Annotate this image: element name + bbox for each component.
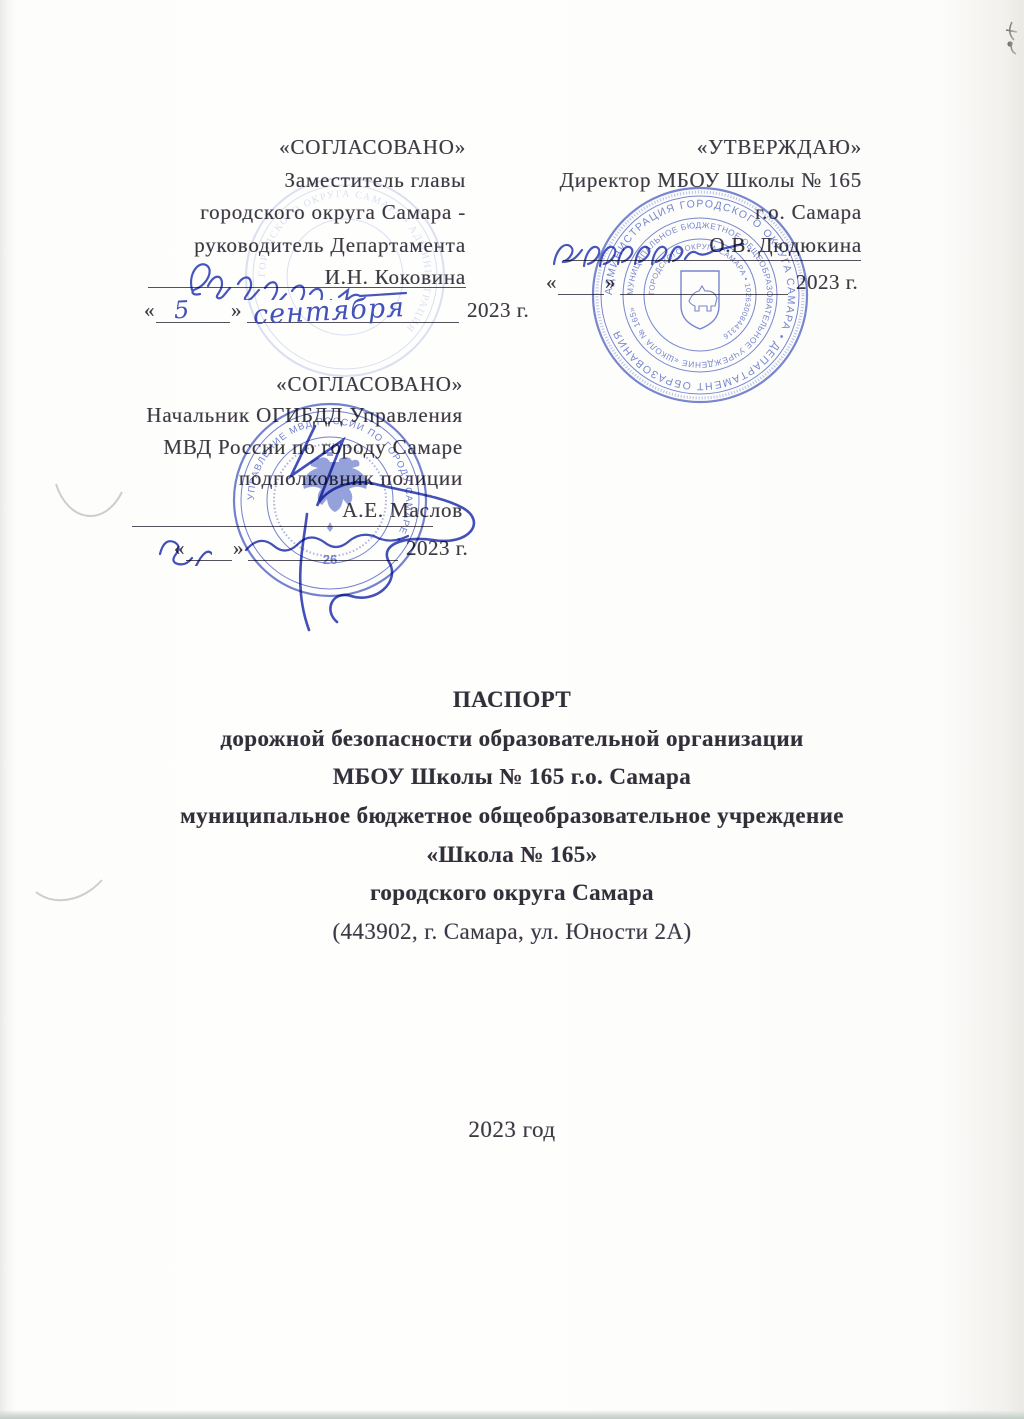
quote-open: « — [173, 536, 186, 561]
pencil-mark-1 — [50, 470, 130, 540]
gibdd-heading: «СОГЛАСОВАНО» — [142, 369, 463, 400]
gibdd-line: Начальник ОГИБДД Управления — [142, 400, 463, 431]
quote-open: « — [143, 298, 156, 323]
document-title-block: ПАСПОРТ дорожной безопасности образовате… — [0, 681, 1024, 952]
approved-right-block: «УТВЕРЖДАЮ» Директор МБОУ Школы № 165 г.… — [538, 131, 862, 261]
approved-line: Директор МБОУ Школы № 165 — [538, 164, 862, 197]
quote-close: » — [230, 298, 243, 323]
signature-underline — [132, 526, 433, 527]
agreed-left-line: руководитель Департамента — [130, 229, 466, 262]
gibdd-line: А.Е. Маслов — [142, 495, 463, 526]
day-slot — [558, 268, 604, 295]
title-line-passport: ПАСПОРТ — [0, 681, 1024, 720]
agreed-gibdd-block: «СОГЛАСОВАНО» Начальник ОГИБДД Управлени… — [142, 369, 463, 526]
title-line: «Школа № 165» — [0, 836, 1024, 875]
approved-date-row: « » 2023 г. — [545, 268, 858, 295]
quote-close: » — [232, 536, 245, 561]
approved-line: О.В. Дюдюкина — [538, 229, 862, 262]
agreed-left-date-row: « 5 » сентября 2023 г. — [143, 296, 529, 323]
signature-underline — [563, 260, 861, 261]
month-slot — [620, 268, 788, 295]
agreed-left-line: И.Н. Коковина — [130, 261, 466, 294]
month-slot: сентября — [247, 296, 459, 323]
footer-year: 2023 год — [0, 1117, 1024, 1143]
quote-open: « — [545, 270, 558, 295]
page-right-edge — [1008, 0, 1024, 1419]
scanned-document-page: «СОГЛАСОВАНО» Заместитель главы городско… — [0, 0, 1024, 1419]
year-label: 2023 г. — [406, 536, 468, 561]
title-line: городского округа Самара — [0, 874, 1024, 913]
address-line: (443902, г. Самара, ул. Юности 2А) — [0, 913, 1024, 952]
gibdd-line: подполковник полиции — [142, 463, 463, 494]
agreed-left-line: городского округа Самара - — [130, 196, 466, 229]
signature-underline — [148, 287, 466, 288]
approved-heading: «УТВЕРЖДАЮ» — [538, 131, 862, 164]
agreed-left-line: Заместитель главы — [130, 164, 466, 197]
handwritten-day: 5 — [173, 296, 190, 325]
quote-close: » — [604, 270, 617, 295]
page-bottom-edge — [0, 1410, 1024, 1419]
year-label: 2023 г. — [796, 270, 858, 295]
gibdd-date-row: « » 2023 г. — [173, 534, 468, 561]
agreed-left-block: «СОГЛАСОВАНО» Заместитель главы городско… — [130, 131, 466, 294]
day-slot: 5 — [156, 296, 230, 323]
gibdd-line: МВД России по городу Самаре — [142, 432, 463, 463]
title-line: муниципальное бюджетное общеобразователь… — [0, 797, 1024, 836]
approved-line: г.о. Самара — [538, 196, 862, 229]
title-line: дорожной безопасности образовательной ор… — [0, 720, 1024, 759]
day-slot — [186, 534, 232, 561]
year-label: 2023 г. — [467, 298, 529, 323]
agreed-left-heading: «СОГЛАСОВАНО» — [130, 131, 466, 164]
title-line: МБОУ Школы № 165 г.о. Самара — [0, 758, 1024, 797]
handwritten-month: сентября — [252, 292, 405, 331]
month-slot — [248, 534, 398, 561]
